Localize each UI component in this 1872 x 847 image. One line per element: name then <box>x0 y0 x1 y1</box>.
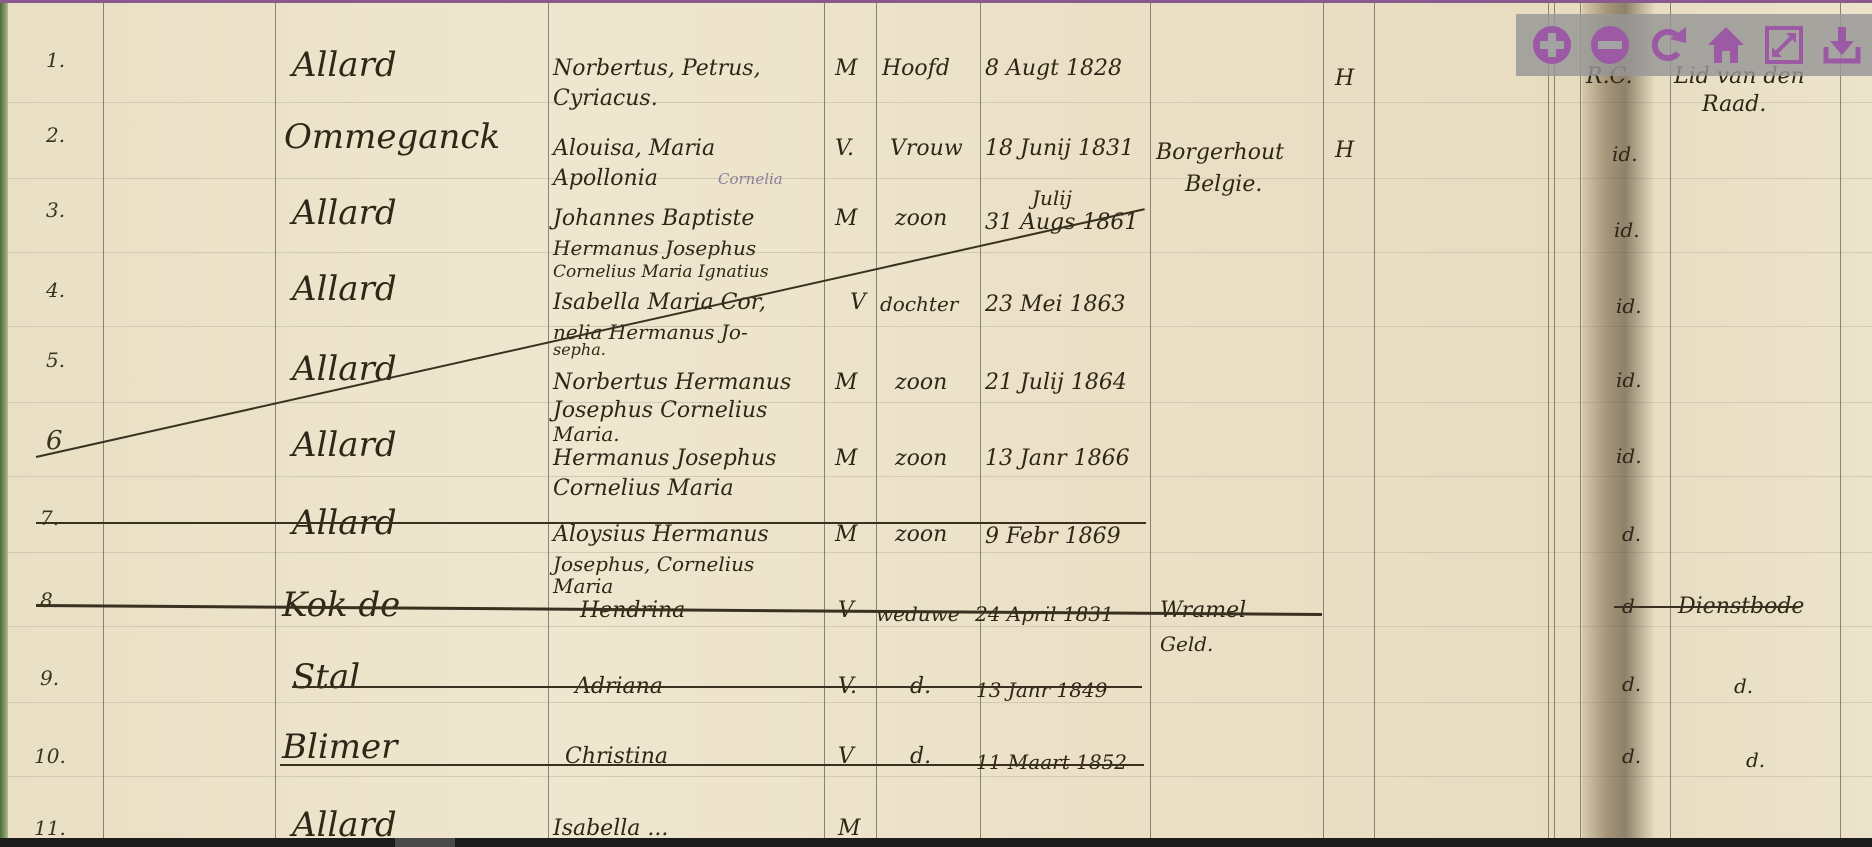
given-name-line: Alouisa, Maria <box>553 138 715 160</box>
church-entry: id. <box>1616 296 1642 316</box>
column-rule <box>1323 0 1324 838</box>
rotate-icon <box>1648 25 1688 65</box>
download-icon <box>1822 25 1862 65</box>
row-number: 1. <box>46 50 65 70</box>
relation: Vrouw <box>890 138 963 160</box>
zoom-in-button[interactable] <box>1532 25 1572 65</box>
given-name-line: sepha. <box>553 342 606 358</box>
given-name-line: Isabella Maria Cor, <box>553 292 766 314</box>
birth-date: 11 Maart 1852 <box>976 752 1127 772</box>
church-entry: d. <box>1622 746 1641 766</box>
given-name-line: Norbertus Hermanus <box>553 372 791 394</box>
row-number: 8. <box>40 590 59 610</box>
fullscreen-button[interactable] <box>1764 25 1804 65</box>
surname: Stal <box>292 660 360 694</box>
given-name-line: Cyriacus. <box>553 88 658 110</box>
given-name-line: Josephus Cornelius <box>553 400 767 422</box>
given-name-line: Hermanus Josephus <box>553 238 756 258</box>
birth-place: Belgie. <box>1185 174 1262 196</box>
rotate-button[interactable] <box>1648 25 1688 65</box>
strike-line-row-10 <box>280 764 1144 766</box>
row-number: 4. <box>46 280 65 300</box>
column-rule <box>548 0 549 838</box>
given-name-line: Cornelius Maria <box>553 478 734 500</box>
strike-line-row-8-right <box>1614 606 1800 608</box>
strike-line-row-9 <box>292 686 1142 688</box>
column-rule <box>275 0 276 838</box>
sex: V <box>850 292 866 314</box>
church-entry: id. <box>1612 144 1638 164</box>
relation: zoon <box>895 372 947 394</box>
birth-date: 13 Janr 1866 <box>985 448 1130 470</box>
scrollbar-thumb[interactable] <box>395 838 455 847</box>
row-number: 5. <box>46 350 65 370</box>
row-number: 3. <box>46 200 65 220</box>
horizontal-scrollbar[interactable] <box>0 838 1872 847</box>
zoom-in-icon <box>1532 25 1572 65</box>
given-name-line: Maria <box>553 576 613 596</box>
sex: M <box>835 58 858 80</box>
given-name-line: Aloysius Hermanus <box>553 524 769 546</box>
home-icon <box>1706 25 1746 65</box>
column-rule <box>1670 0 1671 838</box>
book-gutter-shadow <box>1582 0 1654 838</box>
relation: dochter <box>880 294 958 314</box>
birth-place: Borgerhout <box>1156 142 1284 164</box>
sex: V. <box>835 138 854 160</box>
occupation: d. <box>1746 750 1765 770</box>
surname: Allard <box>292 272 397 306</box>
religion-mark: H <box>1335 68 1354 90</box>
birth-date-correction: Julij <box>1032 188 1072 208</box>
given-name-line: Cornelius Maria Ignatius <box>553 264 769 281</box>
given-name-line: Johannes Baptiste <box>553 208 754 230</box>
church-entry: id. <box>1616 370 1642 390</box>
given-name-line: nelia Hermanus Jo- <box>553 322 748 342</box>
row-number: 9. <box>40 668 59 688</box>
given-name-line: Josephus, Cornelius <box>553 554 754 574</box>
given-name-line: Norbertus, Petrus, <box>553 58 761 80</box>
birth-place: Geld. <box>1160 634 1213 654</box>
column-rule <box>1548 0 1549 838</box>
church-entry: id. <box>1614 220 1640 240</box>
given-name-line: Hermanus Josephus <box>553 448 776 470</box>
column-rule <box>824 0 825 838</box>
row-number: 10. <box>34 746 66 766</box>
top-accent-bar <box>0 0 1872 3</box>
relation: zoon <box>895 448 947 470</box>
relation: weduwe <box>876 604 960 624</box>
church-entry: d. <box>1622 674 1641 694</box>
surname: Allard <box>292 48 397 82</box>
column-rule <box>980 0 981 838</box>
birth-date: 8 Augt 1828 <box>985 58 1122 80</box>
sex: M <box>835 372 858 394</box>
relation: zoon <box>895 208 947 230</box>
strike-line-row-7 <box>36 522 1146 524</box>
column-rule <box>1150 0 1151 838</box>
document-viewer[interactable]: 1. 2. 3. 4. 5. 6 7. 8. 9. 10. 11. Allard… <box>0 0 1872 838</box>
surname: Blimer <box>282 730 397 764</box>
home-button[interactable] <box>1706 25 1746 65</box>
given-name-line: Apollonia <box>553 168 658 190</box>
sex: M <box>835 524 858 546</box>
column-rule <box>1554 0 1555 838</box>
sex: M <box>835 448 858 470</box>
church-entry: id. <box>1616 446 1642 466</box>
birth-date: 21 Julij 1864 <box>985 372 1127 394</box>
birth-date: 24 April 1831 <box>975 604 1114 624</box>
column-rule <box>1374 0 1375 838</box>
row-number: 11. <box>34 818 66 838</box>
given-name-line: Hendrina <box>580 600 685 622</box>
occupation: Raad. <box>1702 94 1766 116</box>
book-binding-edge <box>0 0 8 838</box>
download-button[interactable] <box>1822 25 1862 65</box>
surname: Allard <box>292 808 397 838</box>
scanned-register-page: 1. 2. 3. 4. 5. 6 7. 8. 9. 10. 11. Allard… <box>0 0 1872 838</box>
surname: Allard <box>292 428 397 462</box>
given-name-line: Maria. <box>553 424 620 444</box>
column-rule <box>1580 0 1581 838</box>
given-name-line: Isabella ... <box>553 818 668 838</box>
surname: Ommeganck <box>284 120 500 154</box>
birth-date: 18 Junij 1831 <box>985 138 1134 160</box>
zoom-out-button[interactable] <box>1590 25 1630 65</box>
occupation: d. <box>1734 676 1753 696</box>
religion-mark: H <box>1335 140 1354 162</box>
row-number: 2. <box>46 125 65 145</box>
sex: M <box>838 818 861 838</box>
birth-date: 13 Janr 1849 <box>976 680 1107 700</box>
relation: zoon <box>895 524 947 546</box>
row-number: 7. <box>40 508 59 528</box>
surname: Allard <box>292 196 397 230</box>
column-rule <box>876 0 877 838</box>
column-rule <box>103 0 104 838</box>
church-entry: d. <box>1622 524 1641 544</box>
fullscreen-icon <box>1764 25 1804 65</box>
relation: Hoofd <box>882 58 950 80</box>
column-rule <box>1840 0 1841 838</box>
viewer-toolbar <box>1516 14 1872 76</box>
birth-date: 23 Mei 1863 <box>985 294 1126 316</box>
zoom-out-icon <box>1590 25 1630 65</box>
sex: M <box>835 208 858 230</box>
birth-date: 9 Febr 1869 <box>985 526 1121 548</box>
pencil-annotation: Cornelia <box>718 172 783 187</box>
